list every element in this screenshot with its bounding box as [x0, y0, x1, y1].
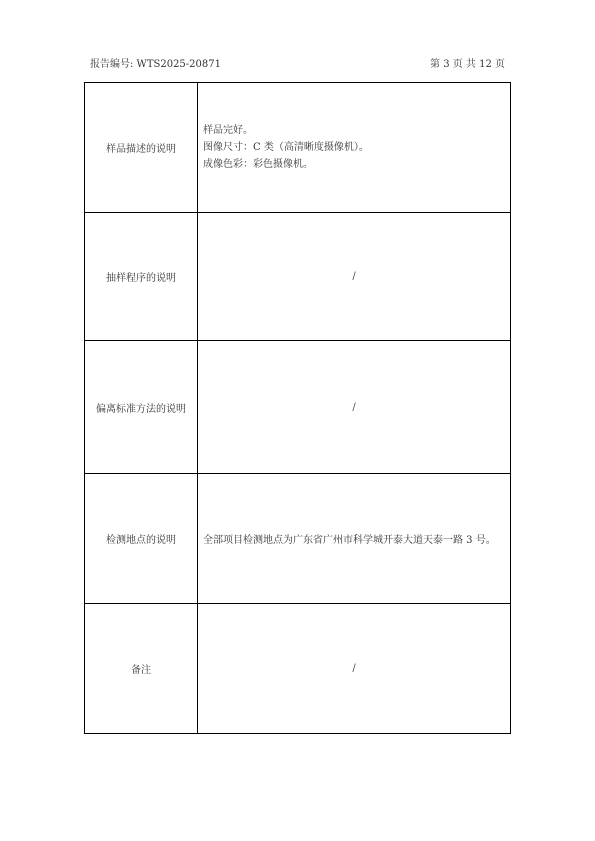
empty-value-slash: /: [352, 271, 355, 282]
info-table: 样品描述的说明 样品完好。 图像尺寸：C 类（高清晰度摄像机）。 成像色彩：彩色…: [84, 82, 511, 734]
row-value-sampling-procedure: /: [198, 213, 511, 341]
sample-condition-text: 样品完好。: [203, 122, 510, 139]
page-indicator: 第 3 页 共 12 页: [430, 58, 505, 72]
page-header: 报告编号: WTS2025-20871 第 3 页 共 12 页: [90, 58, 505, 72]
row-label: 备注: [85, 604, 198, 734]
image-color-text: 成像色彩：彩色摄像机。: [203, 156, 510, 173]
empty-value-slash: /: [352, 663, 355, 674]
row-value-sample-description: 样品完好。 图像尺寸：C 类（高清晰度摄像机）。 成像色彩：彩色摄像机。: [198, 83, 511, 213]
row-label: 抽样程序的说明: [85, 213, 198, 341]
table-row-deviation-from-standard: 偏离标准方法的说明 /: [85, 341, 511, 474]
row-label: 样品描述的说明: [85, 83, 198, 213]
report-number: 报告编号: WTS2025-20871: [90, 58, 221, 72]
row-value-deviation: /: [198, 341, 511, 474]
table-row-sample-description: 样品描述的说明 样品完好。 图像尺寸：C 类（高清晰度摄像机）。 成像色彩：彩色…: [85, 83, 511, 213]
empty-value-slash: /: [352, 402, 355, 413]
image-size-text: 图像尺寸：C 类（高清晰度摄像机）。: [203, 139, 510, 156]
row-value-test-location: 全部项目检测地点为广东省广州市科学城开泰大道天泰一路 3 号。: [198, 474, 511, 604]
row-label: 偏离标准方法的说明: [85, 341, 198, 474]
row-value-remarks: /: [198, 604, 511, 734]
row-label: 检测地点的说明: [85, 474, 198, 604]
table-row-sampling-procedure: 抽样程序的说明 /: [85, 213, 511, 341]
table-row-test-location: 检测地点的说明 全部项目检测地点为广东省广州市科学城开泰大道天泰一路 3 号。: [85, 474, 511, 604]
table-row-remarks: 备注 /: [85, 604, 511, 734]
